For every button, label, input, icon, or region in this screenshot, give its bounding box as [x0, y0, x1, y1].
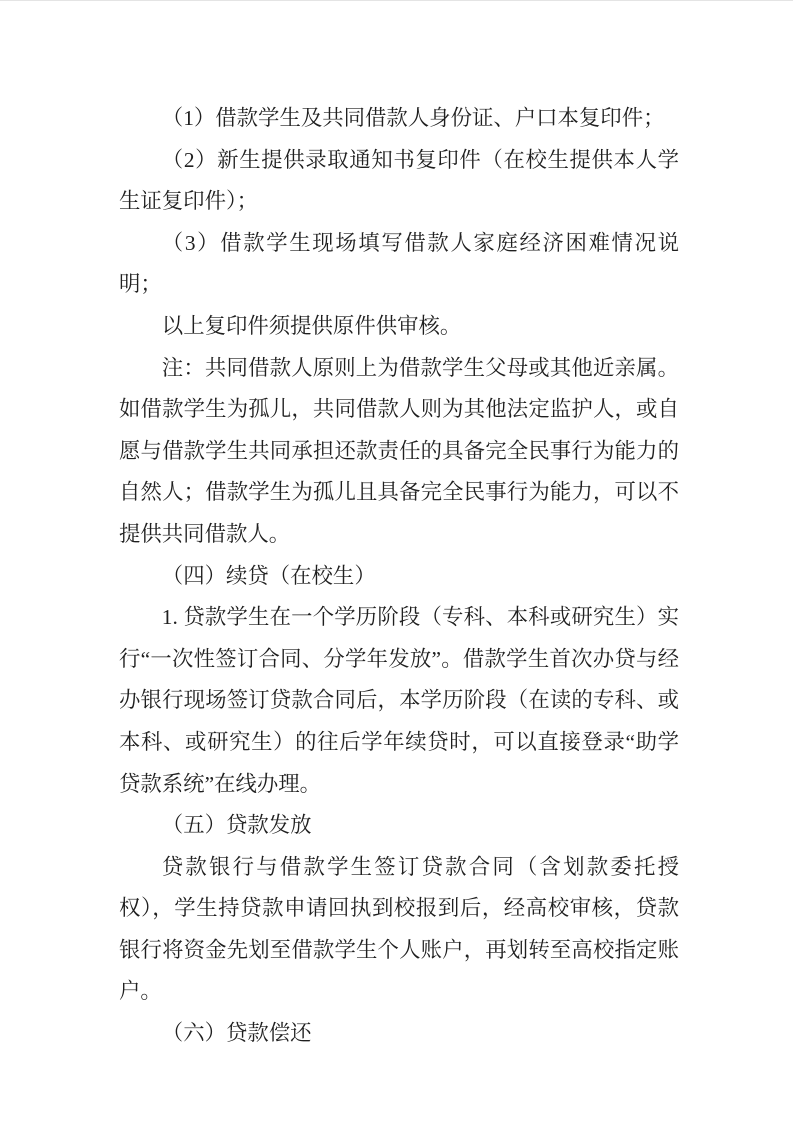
list-item-3: （3）借款学生现场填写借款人家庭经济困难情况说明；: [119, 223, 679, 306]
originals-note: 以上复印件须提供原件供审核。: [119, 306, 679, 348]
list-item-2: （2）新生提供录取通知书复印件（在校生提供本人学生证复印件）；: [119, 140, 679, 223]
document-body: （1）借款学生及共同借款人身份证、户口本复印件； （2）新生提供录取通知书复印件…: [119, 98, 679, 1055]
co-borrower-note: 注：共同借款人原则上为借款学生父母或其他近亲属。如借款学生为孤儿，共同借款人则为…: [119, 348, 679, 556]
section-heading-disbursement: （五）贷款发放: [119, 805, 679, 847]
renewal-paragraph: 1. 贷款学生在一个学历阶段（专科、本科或研究生）实行“一次性签订合同、分学年发…: [119, 597, 679, 805]
section-heading-renewal: （四）续贷（在校生）: [119, 556, 679, 598]
section-heading-repayment: （六）贷款偿还: [119, 1013, 679, 1055]
disbursement-paragraph: 贷款银行与借款学生签订贷款合同（含划款委托授权），学生持贷款申请回执到校报到后，…: [119, 847, 679, 1013]
list-item-1: （1）借款学生及共同借款人身份证、户口本复印件；: [119, 98, 679, 140]
document-page: （1）借款学生及共同借款人身份证、户口本复印件； （2）新生提供录取通知书复印件…: [0, 0, 793, 1122]
